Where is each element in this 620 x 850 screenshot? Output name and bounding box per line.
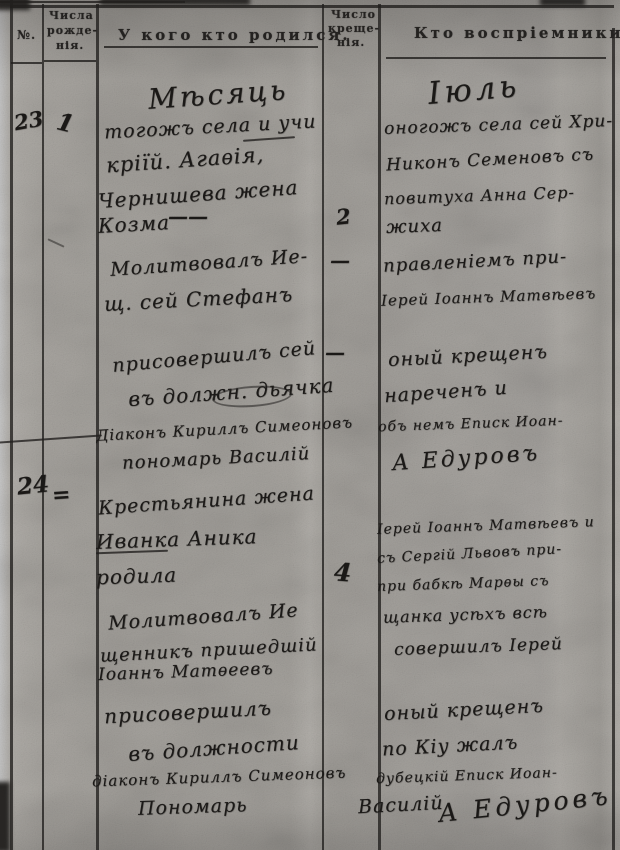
paper-grain-texture — [0, 0, 620, 850]
scanned-register-page: №. Числа рожде- нія. У кого кто родился.… — [0, 0, 620, 850]
